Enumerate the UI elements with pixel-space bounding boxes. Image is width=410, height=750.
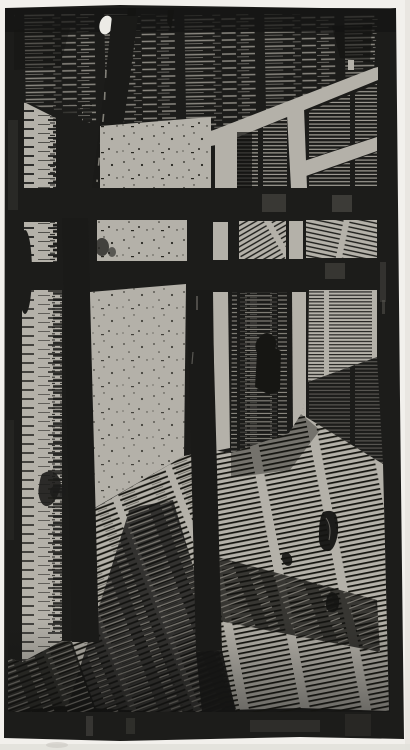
casement-stile-strip (213, 222, 228, 260)
paper-edge-shade-right (405, 0, 410, 750)
casement-latch (348, 60, 354, 70)
casement-left-stile (215, 127, 237, 188)
woodcut-print (0, 0, 410, 750)
scanned-print-photo (0, 0, 410, 750)
paper-smudge (46, 742, 68, 748)
left-pane-knot-2 (50, 485, 66, 499)
left-border-bump (18, 230, 32, 314)
pane-edge-blot-2 (108, 247, 116, 257)
pane-edge-blot (95, 238, 109, 256)
stile-light-middle (289, 221, 303, 259)
casement-glass-shadow (237, 132, 252, 188)
gouge-teeth-upper (50, 104, 92, 188)
